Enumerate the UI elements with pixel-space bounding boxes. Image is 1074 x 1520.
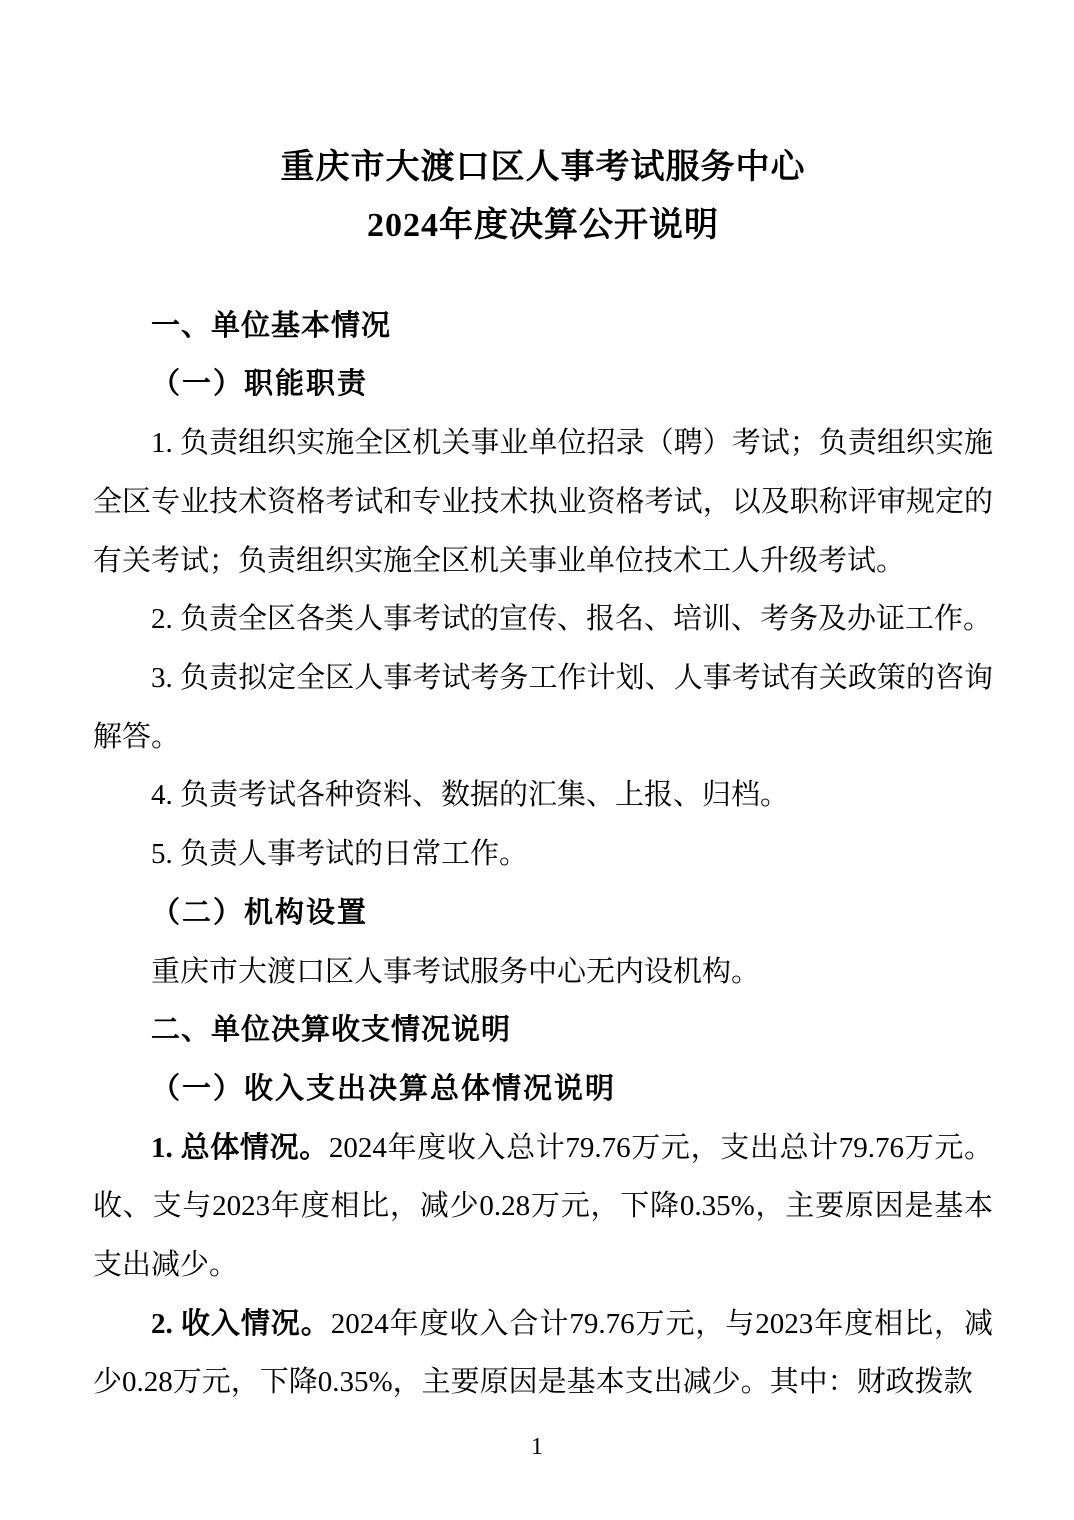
paragraph-org-setup: 重庆市大渡口区人事考试服务中心无内设机构。 — [93, 943, 993, 1002]
paragraph-duty-3: 3. 负责拟定全区人事考试考务工作计划、人事考试有关政策的咨询解答。 — [93, 649, 993, 766]
paragraph-overall-lead: 1. 总体情况。 — [151, 1132, 329, 1164]
document-content: 重庆市大渡口区人事考试服务中心 2024年度决算公开说明 一、单位基本情况 （一… — [0, 0, 1074, 1412]
paragraph-income-situation: 2. 收入情况。2024年度收入合计79.76万元，与2023年度相比，减少0.… — [93, 1295, 993, 1412]
page-footer: 1 — [0, 1432, 1074, 1462]
section-heading-final-accounts: 二、单位决算收支情况说明 — [93, 1001, 993, 1060]
section-heading-unit-basic-info: 一、单位基本情况 — [93, 297, 993, 356]
subsection-heading-duties: （一）职能职责 — [93, 355, 993, 414]
paragraph-overall-situation: 1. 总体情况。2024年度收入总计79.76万元，支出总计79.76万元。收、… — [93, 1119, 993, 1295]
document-body: 一、单位基本情况 （一）职能职责 1. 负责组织实施全区机关事业单位招录（聘）考… — [93, 297, 993, 1412]
paragraph-duty-2: 2. 负责全区各类人事考试的宣传、报名、培训、考务及办证工作。 — [93, 590, 993, 649]
document-title-line-1: 重庆市大渡口区人事考试服务中心 — [93, 139, 993, 197]
document-title: 重庆市大渡口区人事考试服务中心 2024年度决算公开说明 — [93, 139, 993, 255]
subsection-heading-org-setup: （二）机构设置 — [93, 884, 993, 943]
subsection-heading-overall-statement: （一）收入支出决算总体情况说明 — [93, 1060, 993, 1119]
paragraph-duty-4: 4. 负责考试各种资料、数据的汇集、上报、归档。 — [93, 766, 993, 825]
page-number: 1 — [531, 1434, 543, 1460]
document-page: 重庆市大渡口区人事考试服务中心 2024年度决算公开说明 一、单位基本情况 （一… — [0, 0, 1074, 1520]
paragraph-duty-5: 5. 负责人事考试的日常工作。 — [93, 825, 993, 884]
paragraph-duty-1: 1. 负责组织实施全区机关事业单位招录（聘）考试；负责组织实施全区专业技术资格考… — [93, 414, 993, 590]
document-title-line-2: 2024年度决算公开说明 — [93, 197, 993, 255]
paragraph-income-lead: 2. 收入情况。 — [151, 1308, 331, 1340]
